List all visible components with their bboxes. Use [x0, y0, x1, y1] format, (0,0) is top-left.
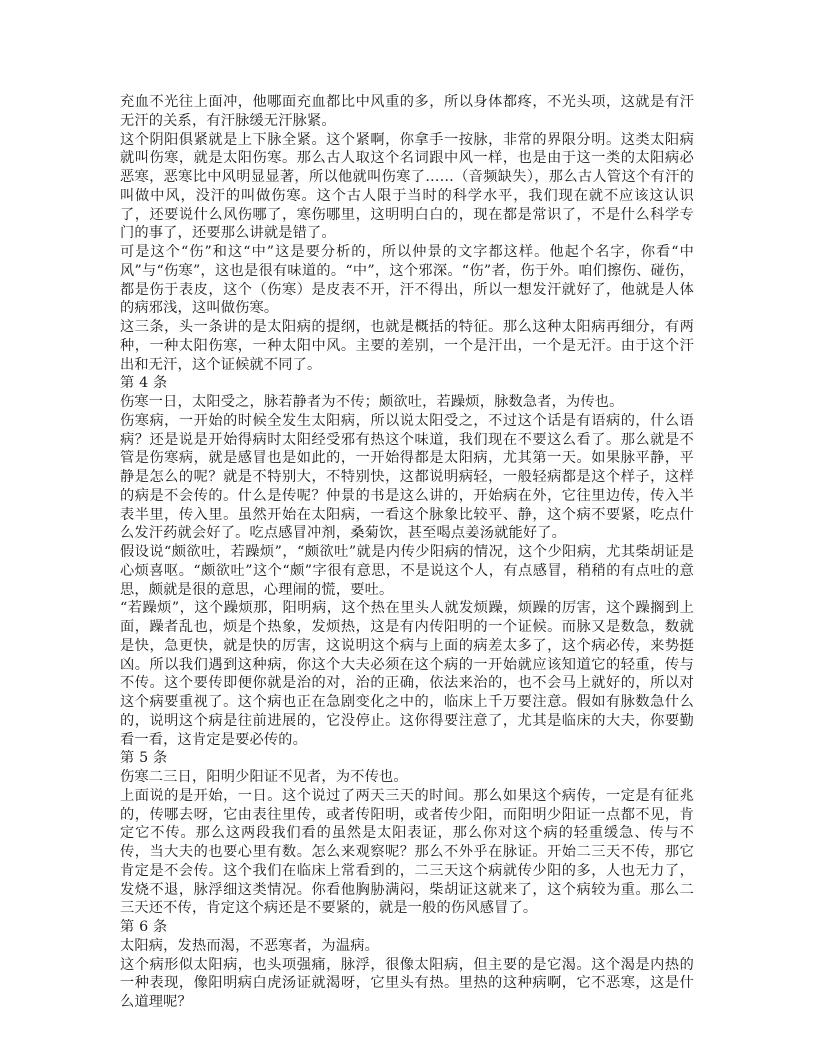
paragraph: 这个病形似太阳病，也头项强痛，脉浮，很像太阳病，但主要的是它渴。这个渴是内热的一… [120, 956, 694, 1012]
paragraph: 充血不光往上面冲，他哪面充血都比中风重的多，所以身体都疼，不光头项，这就是有汗无… [120, 93, 694, 131]
clause-text: 伤寒一日，太阳受之，脉若静者为不传；颇欲吐，若躁烦，脉数急者，为传也。 [120, 393, 694, 412]
paragraph: 可是这个“伤”和这“中”这是要分析的，所以仲景的文字都这样。他起个名字，你看“中… [120, 243, 694, 318]
paragraph: 假设说“颇欲吐，若躁烦”，“颇欲吐”就是内传少阳病的情况，这个少阳病，尤其柴胡证… [120, 543, 694, 599]
clause-text: 伤寒二三日，阳明少阳证不见者，为不传也。 [120, 768, 694, 787]
paragraph: 伤寒病，一开始的时候全发生太阳病，所以说太阳受之，不过这个话是有语病的，什么语病… [120, 412, 694, 543]
paragraph: “若躁烦”，这个躁烦那，阳明病，这个热在里头人就发烦躁，烦躁的厉害，这个躁搁到上… [120, 599, 694, 749]
paragraph: 这三条，头一条讲的是太阳病的提纲，也就是概括的特征。那么这种太阳病再细分，有两种… [120, 318, 694, 374]
paragraph: 这个阴阳俱紧就是上下脉全紧。这个紧啊，你拿手一按脉，非常的界限分明。这类太阳病就… [120, 131, 694, 244]
section-heading-clause-5: 第 5 条 [120, 749, 694, 768]
clause-text: 太阳病，发热而渴，不恶寒者，为温病。 [120, 937, 694, 956]
section-heading-clause-6: 第 6 条 [120, 918, 694, 937]
section-heading-clause-4: 第 4 条 [120, 374, 694, 393]
document-page: 充血不光往上面冲，他哪面充血都比中风重的多，所以身体都疼，不光头项，这就是有汗无… [120, 93, 694, 1012]
paragraph: 上面说的是开始，一日。这个说过了两天三天的时间。那么如果这个病传，一定是有征兆的… [120, 787, 694, 918]
